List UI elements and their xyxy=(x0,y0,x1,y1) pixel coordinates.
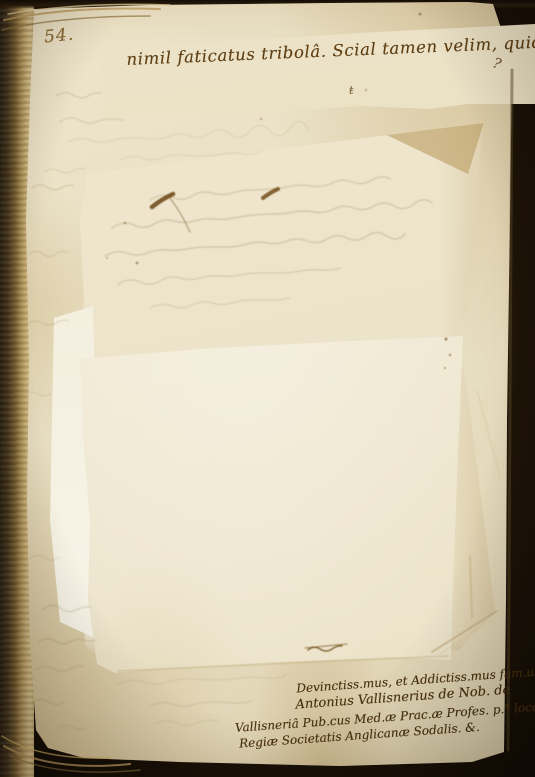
manuscript-photo: 54. nimil faticatus tribolâ. Scial tamen… xyxy=(0,0,535,777)
photo-vignette xyxy=(0,0,535,777)
